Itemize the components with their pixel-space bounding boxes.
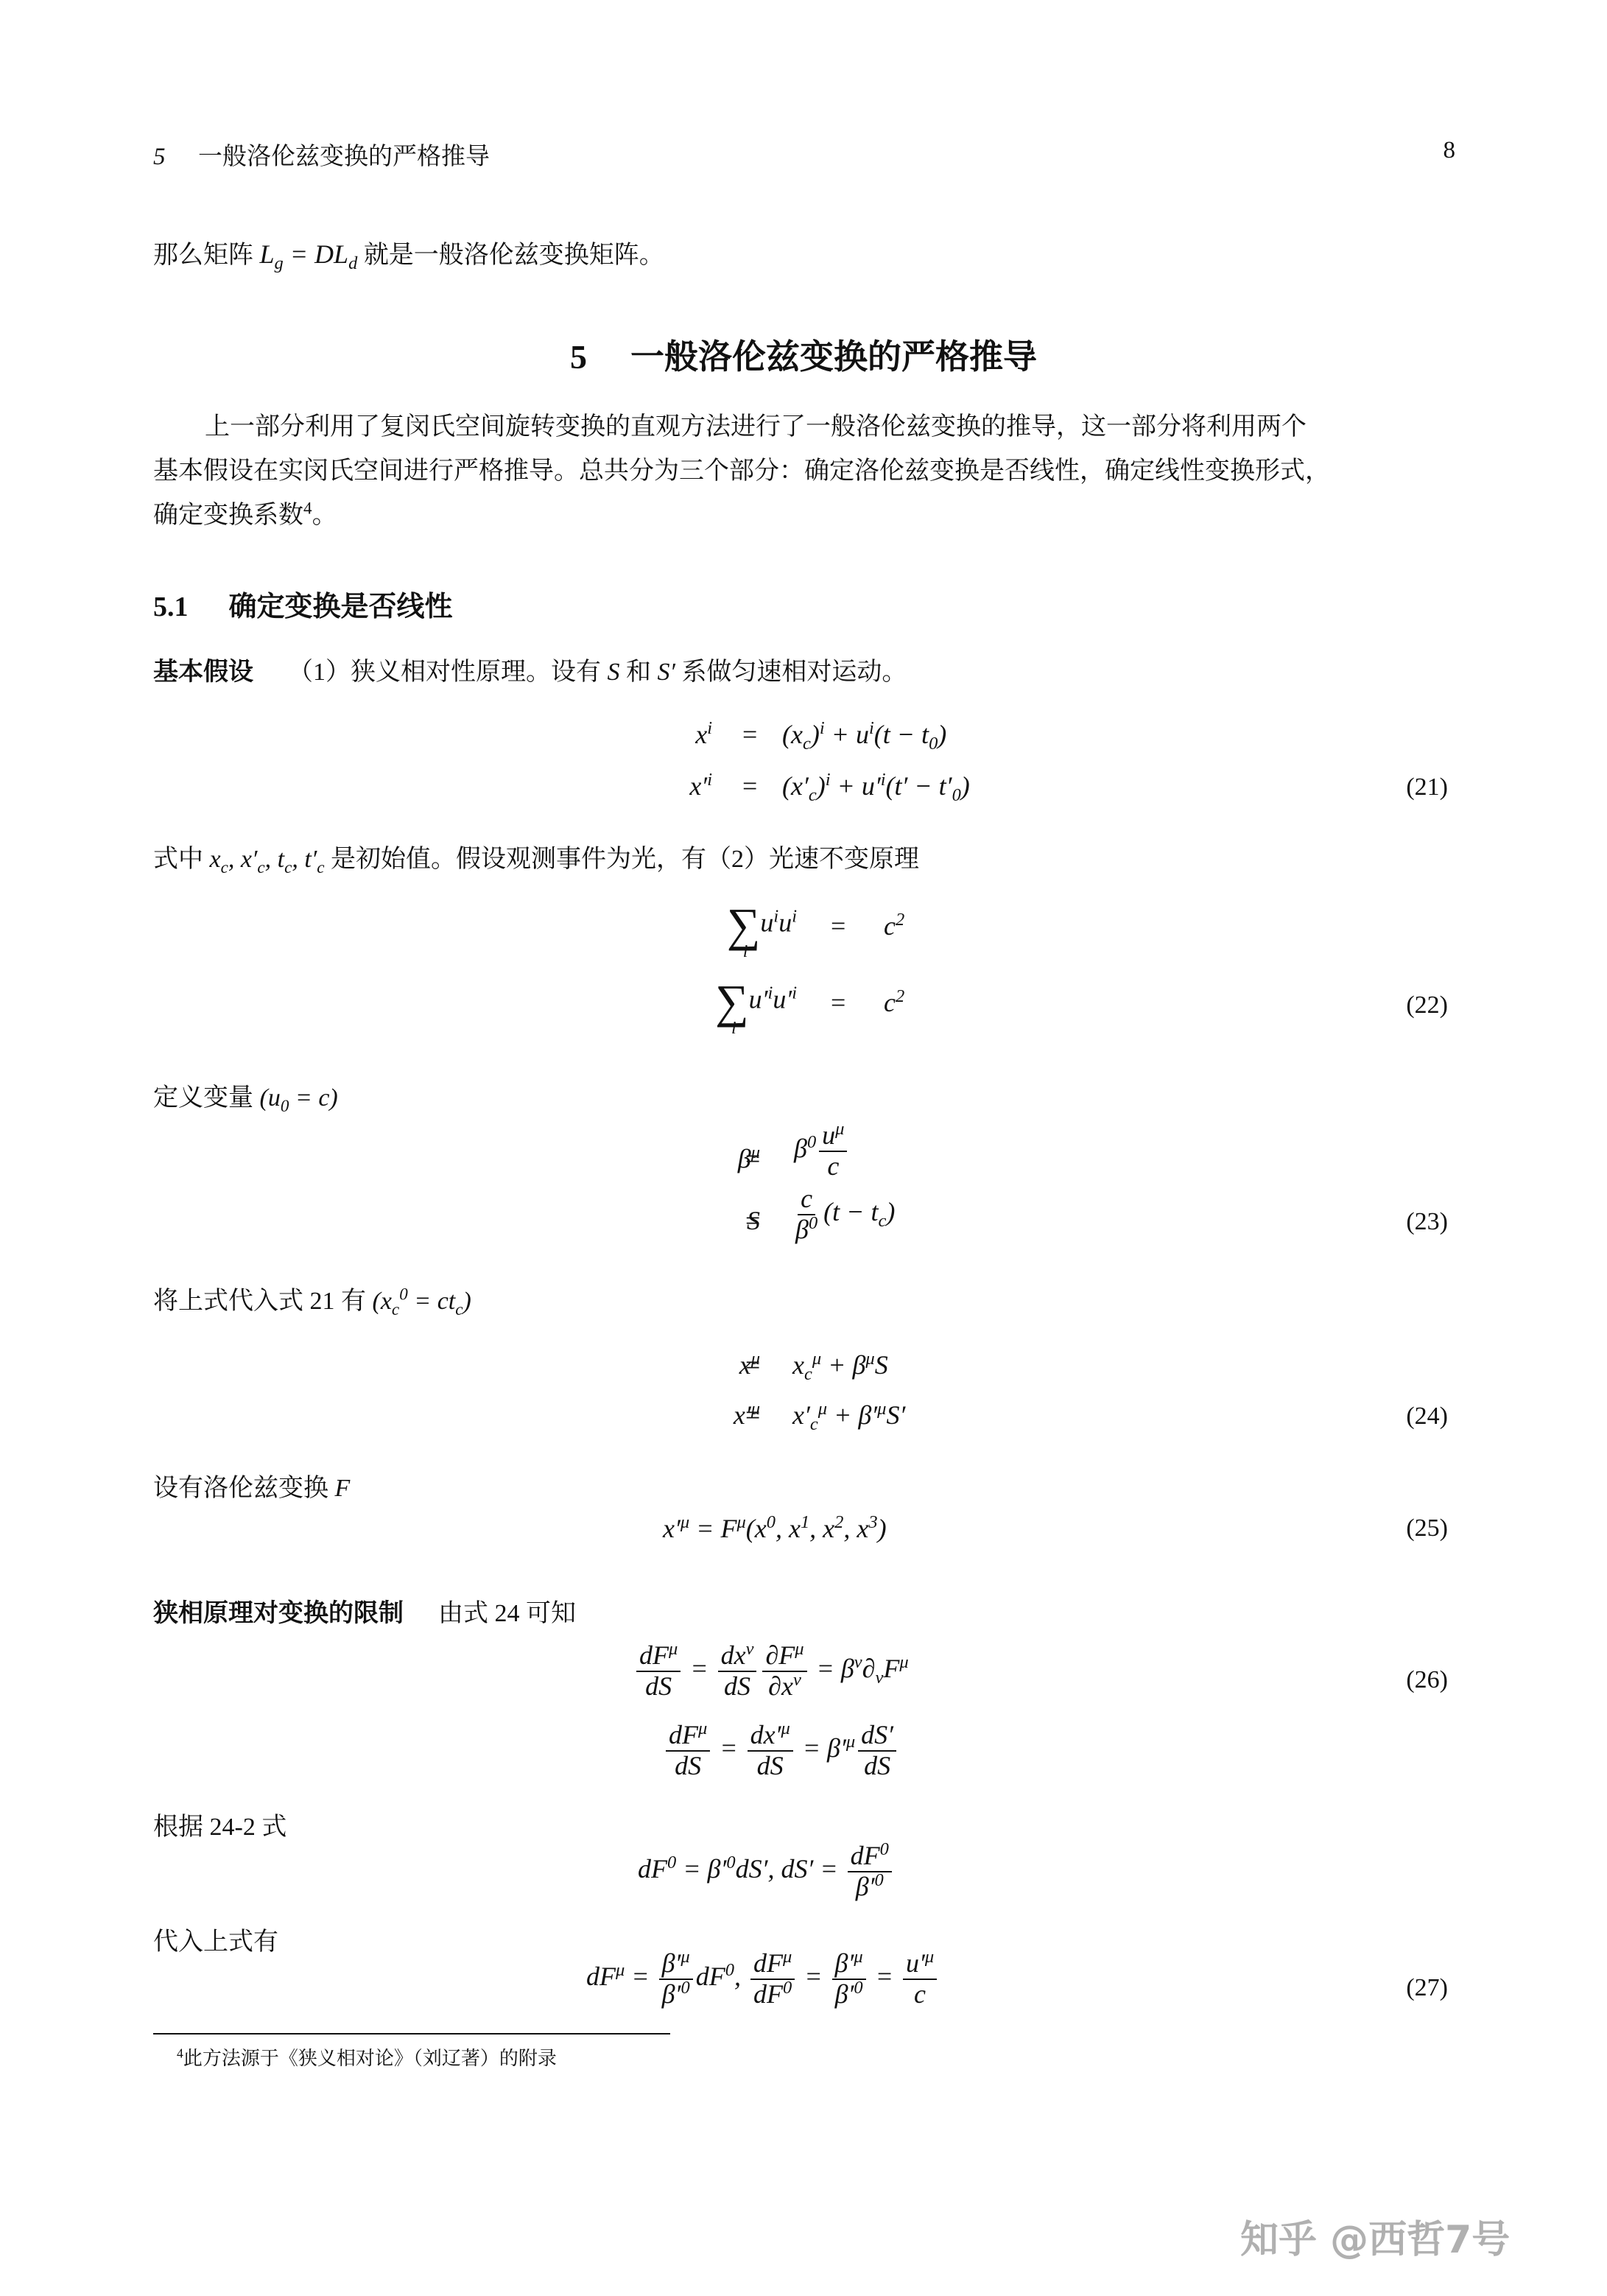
equation-number: (23) bbox=[1406, 1208, 1448, 1236]
text: 设有洛伦兹变换 bbox=[153, 1475, 328, 1502]
text: 式中 bbox=[153, 846, 203, 873]
equals-sign: = bbox=[745, 1349, 760, 1380]
basic-assumption: 基本假设 （1）狭义相对性原理。设有 S 和 S′ 系做匀速相对运动。 bbox=[153, 651, 907, 687]
math-lg-eq: Lg = DLd bbox=[260, 239, 358, 269]
eq21-lhs-2: x′i bbox=[689, 770, 712, 801]
page-number: 8 bbox=[1444, 137, 1456, 164]
substitute2-text: 代入上式有 bbox=[153, 1921, 278, 1957]
restriction-paragraph: 狭相原理对变换的限制 由式 24 可知 bbox=[153, 1593, 576, 1629]
text: 由式 24 可知 bbox=[438, 1600, 576, 1627]
math-F: F bbox=[335, 1475, 351, 1502]
assumption-text-end: 系做匀速相对运动。 bbox=[681, 659, 907, 686]
footnote-mark: 4 bbox=[177, 2046, 183, 2060]
lorentz-F-text: 设有洛伦兹变换 F bbox=[153, 1467, 350, 1503]
footnote-text: 此方法源于《狭义相对论》（刘辽著）的附录 bbox=[183, 2048, 557, 2069]
eq21-lhs-1: xi bbox=[695, 719, 712, 750]
eq23-rhs-1: β0uμc bbox=[794, 1121, 850, 1181]
substitute-text: 将上式代入式 21 有 (xc0 = ctc) bbox=[153, 1280, 471, 1316]
text: 是初始值。假设观测事件为光，有（2）光速不变原理 bbox=[331, 846, 919, 873]
eq25-expr: x′μ = Fμ(x0, x1, x2, x3) bbox=[663, 1513, 887, 1544]
according-text: 根据 24-2 式 bbox=[153, 1806, 286, 1842]
define-variables: 定义变量 (u0 = c) bbox=[153, 1077, 338, 1113]
para-line-3-end: 。 bbox=[312, 502, 337, 529]
and-text: 和 bbox=[626, 659, 651, 686]
text-after-eq21: 式中 xc, x′c, tc, t′c 是初始值。假设观测事件为光，有（2）光速… bbox=[153, 838, 919, 874]
section-title-text: 一般洛伦兹变换的严格推导 bbox=[630, 338, 1037, 376]
intro-text-end: 就是一般洛伦兹变换矩阵。 bbox=[364, 242, 664, 269]
equals-sign: = bbox=[745, 1205, 760, 1236]
equals-sign: = bbox=[831, 987, 845, 1018]
equation-unnumbered: dF0 = β′0dS′, dS′ = dF0β′0 bbox=[638, 1842, 895, 1901]
eq24-rhs-2: x′cμ + β′μS′ bbox=[792, 1400, 905, 1430]
eq27-expr: dFμ = β′μβ′0dF0, dFμdF0 = β′μβ′0 = u′μc bbox=[586, 1949, 940, 2009]
watermark: 知乎 @西哲7号 bbox=[1240, 2208, 1510, 2264]
header-section-title: 一般洛伦兹变换的严格推导 bbox=[198, 144, 490, 170]
eq22-lhs-1: ∑iuiui bbox=[727, 902, 797, 949]
eq24-rhs-1: xcμ + βμS bbox=[792, 1349, 888, 1380]
para-line-2: 基本假设在实闵氏空间进行严格推导。总共分为三个部分：确定洛伦兹变换是否线性，确定… bbox=[153, 449, 1449, 494]
eq26-line-1: dFμdS = dxνdS∂Fμ∂xν = βν∂νFμ bbox=[633, 1641, 909, 1701]
footnote-ref: 4 bbox=[303, 499, 312, 519]
footnote: 4此方法源于《狭义相对论》（刘辽著）的附录 bbox=[177, 2043, 557, 2071]
eq21-rhs-2: (x′c)i + u′i(t′ − t′0) bbox=[782, 770, 970, 801]
equals-sign: = bbox=[831, 910, 845, 941]
eq22-rhs-1: c2 bbox=[884, 910, 904, 941]
subsection-number: 5.1 bbox=[153, 591, 189, 622]
equation-number: (22) bbox=[1406, 991, 1448, 1019]
math-S: S bbox=[608, 659, 620, 686]
eq23-rhs-2: cβ0(t − tc) bbox=[790, 1184, 895, 1244]
equation-number: (26) bbox=[1406, 1666, 1448, 1694]
para-line-1: 上一部分利用了复闵氏空间旋转变换的直观方法进行了一般洛伦兹变换的推导，这一部分将… bbox=[153, 405, 1449, 449]
assumption-text: （1）狭义相对性原理。设有 bbox=[288, 659, 601, 686]
text: 定义变量 bbox=[153, 1084, 253, 1112]
subsection-title: 5.1 确定变换是否线性 bbox=[153, 583, 453, 624]
math-S-prime: S′ bbox=[658, 659, 675, 686]
eq26-line-2: dFμdS = dx′μdS = β′μdS′dS bbox=[663, 1721, 899, 1780]
section-title: 5 一般洛伦兹变换的严格推导 bbox=[0, 330, 1607, 379]
eq22-lhs-2: ∑iu′iu′i bbox=[715, 978, 797, 1025]
equals-sign: = bbox=[742, 719, 757, 750]
equation-number: (27) bbox=[1406, 1974, 1448, 2002]
subsection-title-text: 确定变换是否线性 bbox=[229, 591, 453, 622]
running-header: 5 一般洛伦兹变换的严格推导 bbox=[153, 137, 490, 172]
section-paragraph: 上一部分利用了复闵氏空间旋转变换的直观方法进行了一般洛伦兹变换的推导，这一部分将… bbox=[153, 405, 1449, 538]
equation-number: (25) bbox=[1406, 1514, 1448, 1542]
equation-number: (24) bbox=[1406, 1402, 1448, 1430]
para-line-3-text: 确定变换系数 bbox=[153, 502, 303, 529]
intro-text: 那么矩阵 bbox=[153, 242, 253, 269]
eq21-rhs-1: (xc)i + ui(t − t0) bbox=[782, 719, 946, 750]
eq22-rhs-2: c2 bbox=[884, 987, 904, 1018]
header-section-number: 5 bbox=[153, 144, 166, 170]
equation-number: (21) bbox=[1406, 773, 1448, 801]
text: 将上式代入式 21 有 bbox=[153, 1288, 366, 1315]
equals-sign: = bbox=[745, 1400, 760, 1430]
para-line-3: 确定变换系数4。 bbox=[153, 494, 1449, 538]
paragraph-label: 狭相原理对变换的限制 bbox=[153, 1600, 404, 1627]
intro-line: 那么矩阵 Lg = DLd 就是一般洛伦兹变换矩阵。 bbox=[153, 234, 664, 270]
section-number: 5 bbox=[570, 338, 587, 376]
equals-sign: = bbox=[745, 1143, 760, 1174]
footnote-rule bbox=[153, 2033, 670, 2035]
paragraph-label: 基本假设 bbox=[153, 659, 253, 686]
equals-sign: = bbox=[742, 770, 757, 801]
